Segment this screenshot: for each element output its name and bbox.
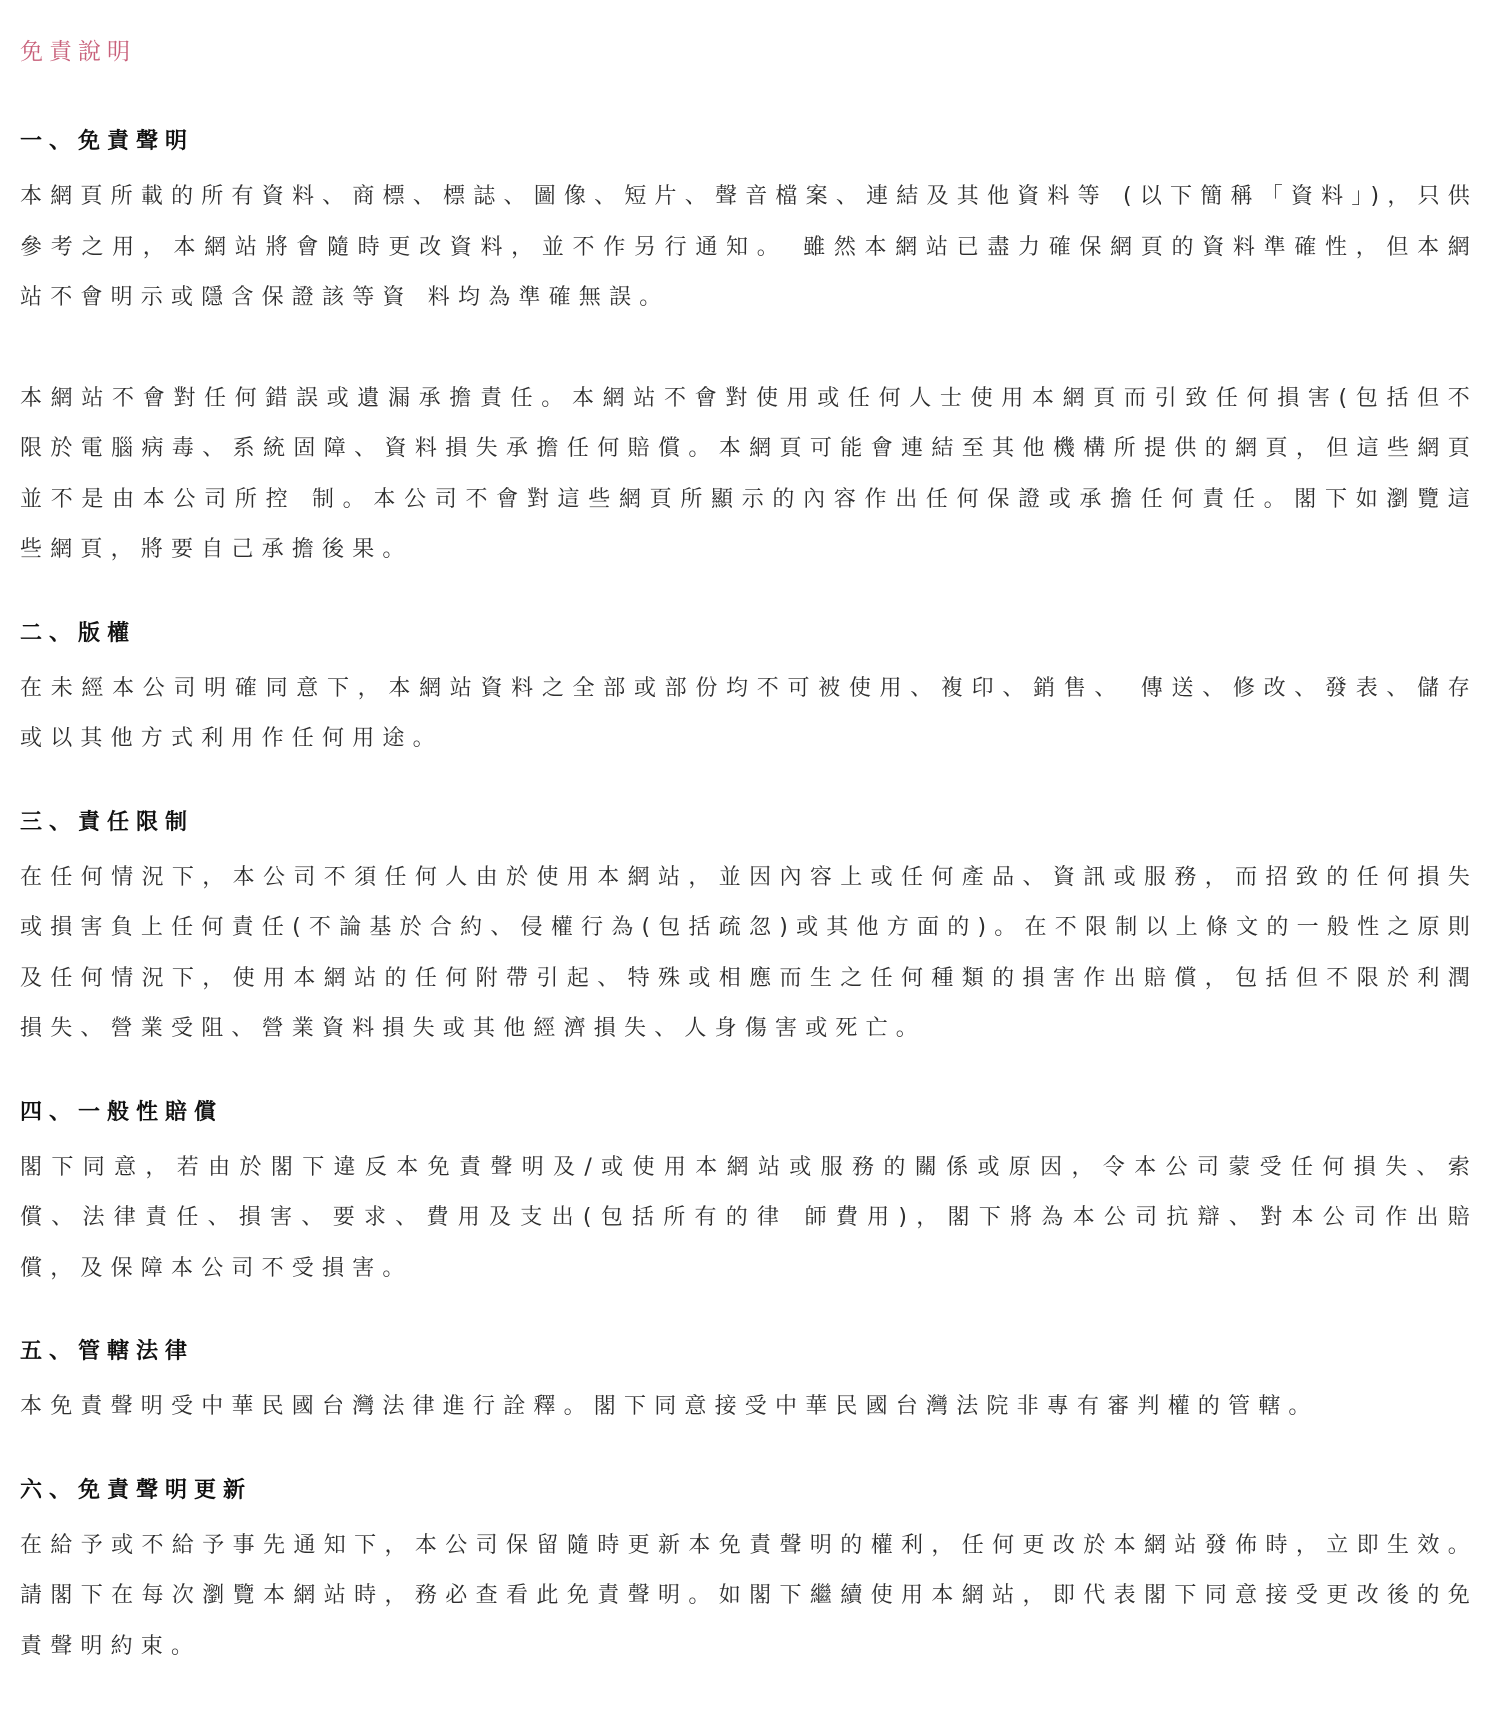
section-paragraph: 本網頁所載的所有資料、商標、標誌、圖像、短片、聲音檔案、連結及其他資料等 (以下…	[20, 172, 1478, 324]
section-indemnity: 四、一般性賠償 閣下同意，若由於閣下違反本免責聲明及/或使用本網站或服務的關係或…	[20, 1095, 1478, 1295]
section-paragraph: 閣下同意，若由於閣下違反本免責聲明及/或使用本網站或服務的關係或原因，令本公司蒙…	[20, 1143, 1478, 1295]
section-paragraph: 本網站不會對任何錯誤或遺漏承擔責任。本網站不會對使用或任何人士使用本網頁而引致任…	[20, 374, 1478, 576]
page-title: 免責說明	[20, 0, 1478, 96]
section-heading: 三、責任限制	[20, 805, 1478, 841]
section-paragraph: 在給予或不給予事先通知下，本公司保留隨時更新本免責聲明的權利，任何更改於本網站發…	[20, 1521, 1478, 1673]
section-paragraph: 本免責聲明受中華民國台灣法律進行詮釋。閣下同意接受中華民國台灣法院非專有審判權的…	[20, 1382, 1478, 1433]
section-updates: 六、免責聲明更新 在給予或不給予事先通知下，本公司保留隨時更新本免責聲明的權利，…	[20, 1473, 1478, 1673]
section-copyright: 二、版權 在未經本公司明確同意下，本網站資料之全部或部份均不可被使用、複印、銷售…	[20, 616, 1478, 765]
section-heading: 六、免責聲明更新	[20, 1473, 1478, 1509]
section-disclaimer: 一、免責聲明 本網頁所載的所有資料、商標、標誌、圖像、短片、聲音檔案、連結及其他…	[20, 124, 1478, 576]
section-liability-limit: 三、責任限制 在任何情況下，本公司不須任何人由於使用本網站，並因內容上或任何產品…	[20, 805, 1478, 1055]
section-heading: 五、管轄法律	[20, 1334, 1478, 1370]
section-paragraph: 在任何情況下，本公司不須任何人由於使用本網站，並因內容上或任何產品、資訊或服務，…	[20, 853, 1478, 1055]
section-governing-law: 五、管轄法律 本免責聲明受中華民國台灣法律進行詮釋。閣下同意接受中華民國台灣法院…	[20, 1334, 1478, 1433]
section-heading: 四、一般性賠償	[20, 1095, 1478, 1131]
section-heading: 一、免責聲明	[20, 124, 1478, 160]
disclaimer-page: 免責說明 一、免責聲明 本網頁所載的所有資料、商標、標誌、圖像、短片、聲音檔案、…	[0, 0, 1500, 1672]
section-heading: 二、版權	[20, 616, 1478, 652]
section-paragraph: 在未經本公司明確同意下，本網站資料之全部或部份均不可被使用、複印、銷售、 傳送、…	[20, 664, 1478, 765]
